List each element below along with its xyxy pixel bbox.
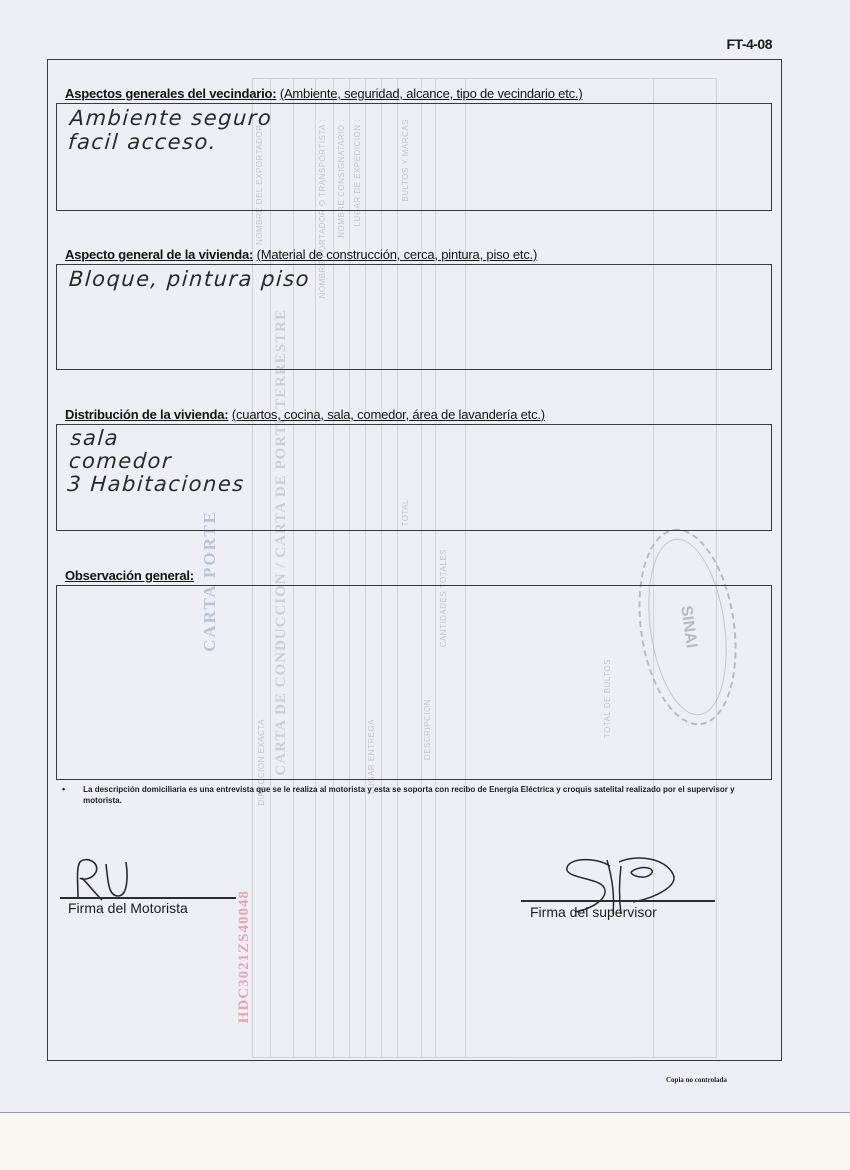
section-title-distribucion: Distribución de la vivienda: (cuartos, c… (65, 407, 545, 422)
field-aspecto-vivienda[interactable]: Bloque, pintura piso (56, 264, 772, 370)
bullet-icon: • (62, 784, 65, 806)
field-distribucion[interactable]: sala comedor 3 Habitaciones (56, 424, 772, 531)
driver-signature-line (60, 897, 236, 899)
document-page: FT-4-08 CARTA DE CONDUCCION / CARTA DE P… (0, 0, 850, 1113)
handwritten-vecindario: Ambiente seguro facil acceso. (67, 106, 273, 154)
field-vecindario[interactable]: Ambiente seguro facil acceso. (56, 103, 772, 211)
form-code: FT-4-08 (726, 36, 772, 52)
red-serial-stamp: HDC3021ZS40048 (236, 890, 253, 1023)
supervisor-signature-label: Firma del supervisor (530, 904, 657, 920)
field-observacion[interactable] (56, 585, 772, 780)
handwritten-distribucion: sala comedor 3 Habitaciones (67, 427, 249, 496)
footnote-text: La descripción domiciliaria es una entre… (83, 784, 762, 806)
section-title-observacion: Observación general: (65, 568, 194, 583)
section-title-vivienda: Aspecto general de la vivienda: (Materia… (65, 247, 537, 262)
footnote: • La descripción domiciliaria es una ent… (62, 784, 762, 806)
uncontrolled-copy-note: Copia no controlada (666, 1076, 727, 1084)
driver-signature-label: Firma del Motorista (68, 900, 188, 916)
supervisor-signature-line (521, 900, 715, 902)
handwritten-aspecto-vivienda: Bloque, pintura piso (68, 267, 311, 291)
section-title-vecindario: Aspectos generales del vecindario: (Ambi… (65, 86, 582, 101)
scanner-background (0, 1113, 850, 1170)
